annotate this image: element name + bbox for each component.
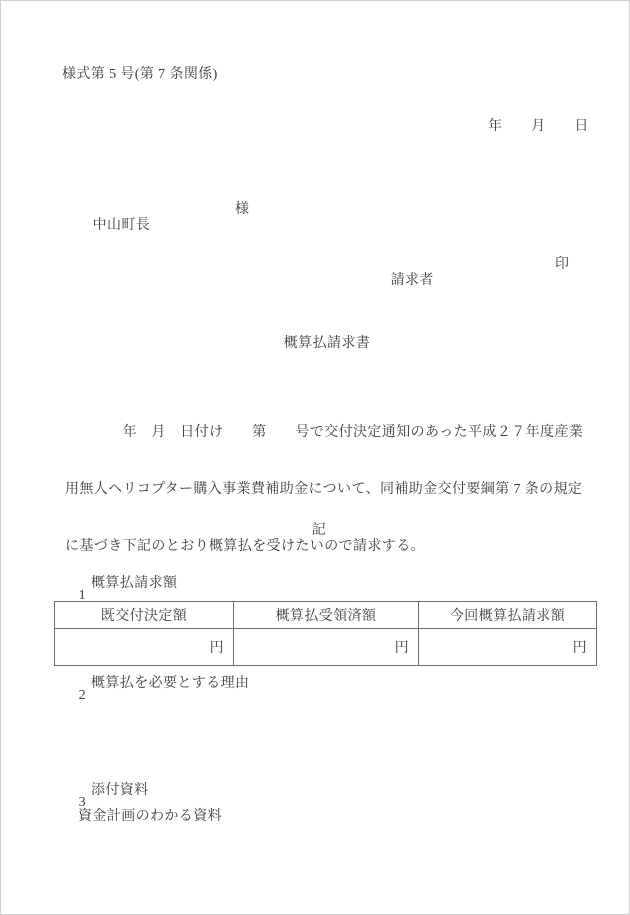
body-line: 年 月 日付け 第 号で交付決定通知のあった平成２７年度産業 xyxy=(65,420,605,445)
date-line: 年 月 日 xyxy=(488,115,589,135)
attachment-note: 資金計画のわかる資料 xyxy=(78,805,222,825)
item-number: 2 xyxy=(79,688,86,704)
header-received-amount: 概算払受領済額 xyxy=(234,602,419,629)
item-2-reason-heading: 2 概算払を必要とする理由 xyxy=(63,672,463,736)
cell-received-amount: 円 xyxy=(234,629,419,666)
item-label: 添付資料 xyxy=(91,779,149,799)
amount-table-value-row: 円 円 円 xyxy=(55,629,597,666)
item-label: 概算払を必要とする理由 xyxy=(91,672,249,692)
addressee-line: 中山町長 様 xyxy=(77,198,377,266)
cell-decided-amount: 円 xyxy=(55,629,234,666)
amount-table-header-row: 既交付決定額 概算払受領済額 今回概算払請求額 xyxy=(55,602,597,629)
seal-mark: 印 xyxy=(555,253,569,273)
header-decided-amount: 既交付決定額 xyxy=(55,602,234,629)
addressee-name: 中山町長 xyxy=(93,218,151,233)
amount-table: 既交付決定額 概算払受領済額 今回概算払請求額 円 円 円 xyxy=(54,601,597,666)
claimant-label: 請求者 xyxy=(391,273,434,288)
body-line: 用無人ヘリコプター購入事業費補助金について、同補助金交付要綱第 7 条の規定 xyxy=(65,477,605,502)
claimant-line: 請求者 印 xyxy=(375,253,605,321)
addressee-honorific: 様 xyxy=(235,198,249,218)
document-page: 様式第 5 号(第 7 条関係) 年 月 日 中山町長 様 請求者 印 概算払請… xyxy=(0,0,630,915)
record-mark: 記 xyxy=(1,519,629,539)
body-paragraph: 年 月 日付け 第 号で交付決定通知のあった平成２７年度産業 用無人ヘリコプター… xyxy=(65,388,605,591)
header-requested-amount: 今回概算払請求額 xyxy=(419,602,597,629)
item-label: 概算払請求額 xyxy=(91,572,177,592)
form-number: 様式第 5 号(第 7 条関係) xyxy=(62,63,218,83)
document-title: 概算払請求書 xyxy=(1,332,629,352)
cell-requested-amount: 円 xyxy=(419,629,597,666)
